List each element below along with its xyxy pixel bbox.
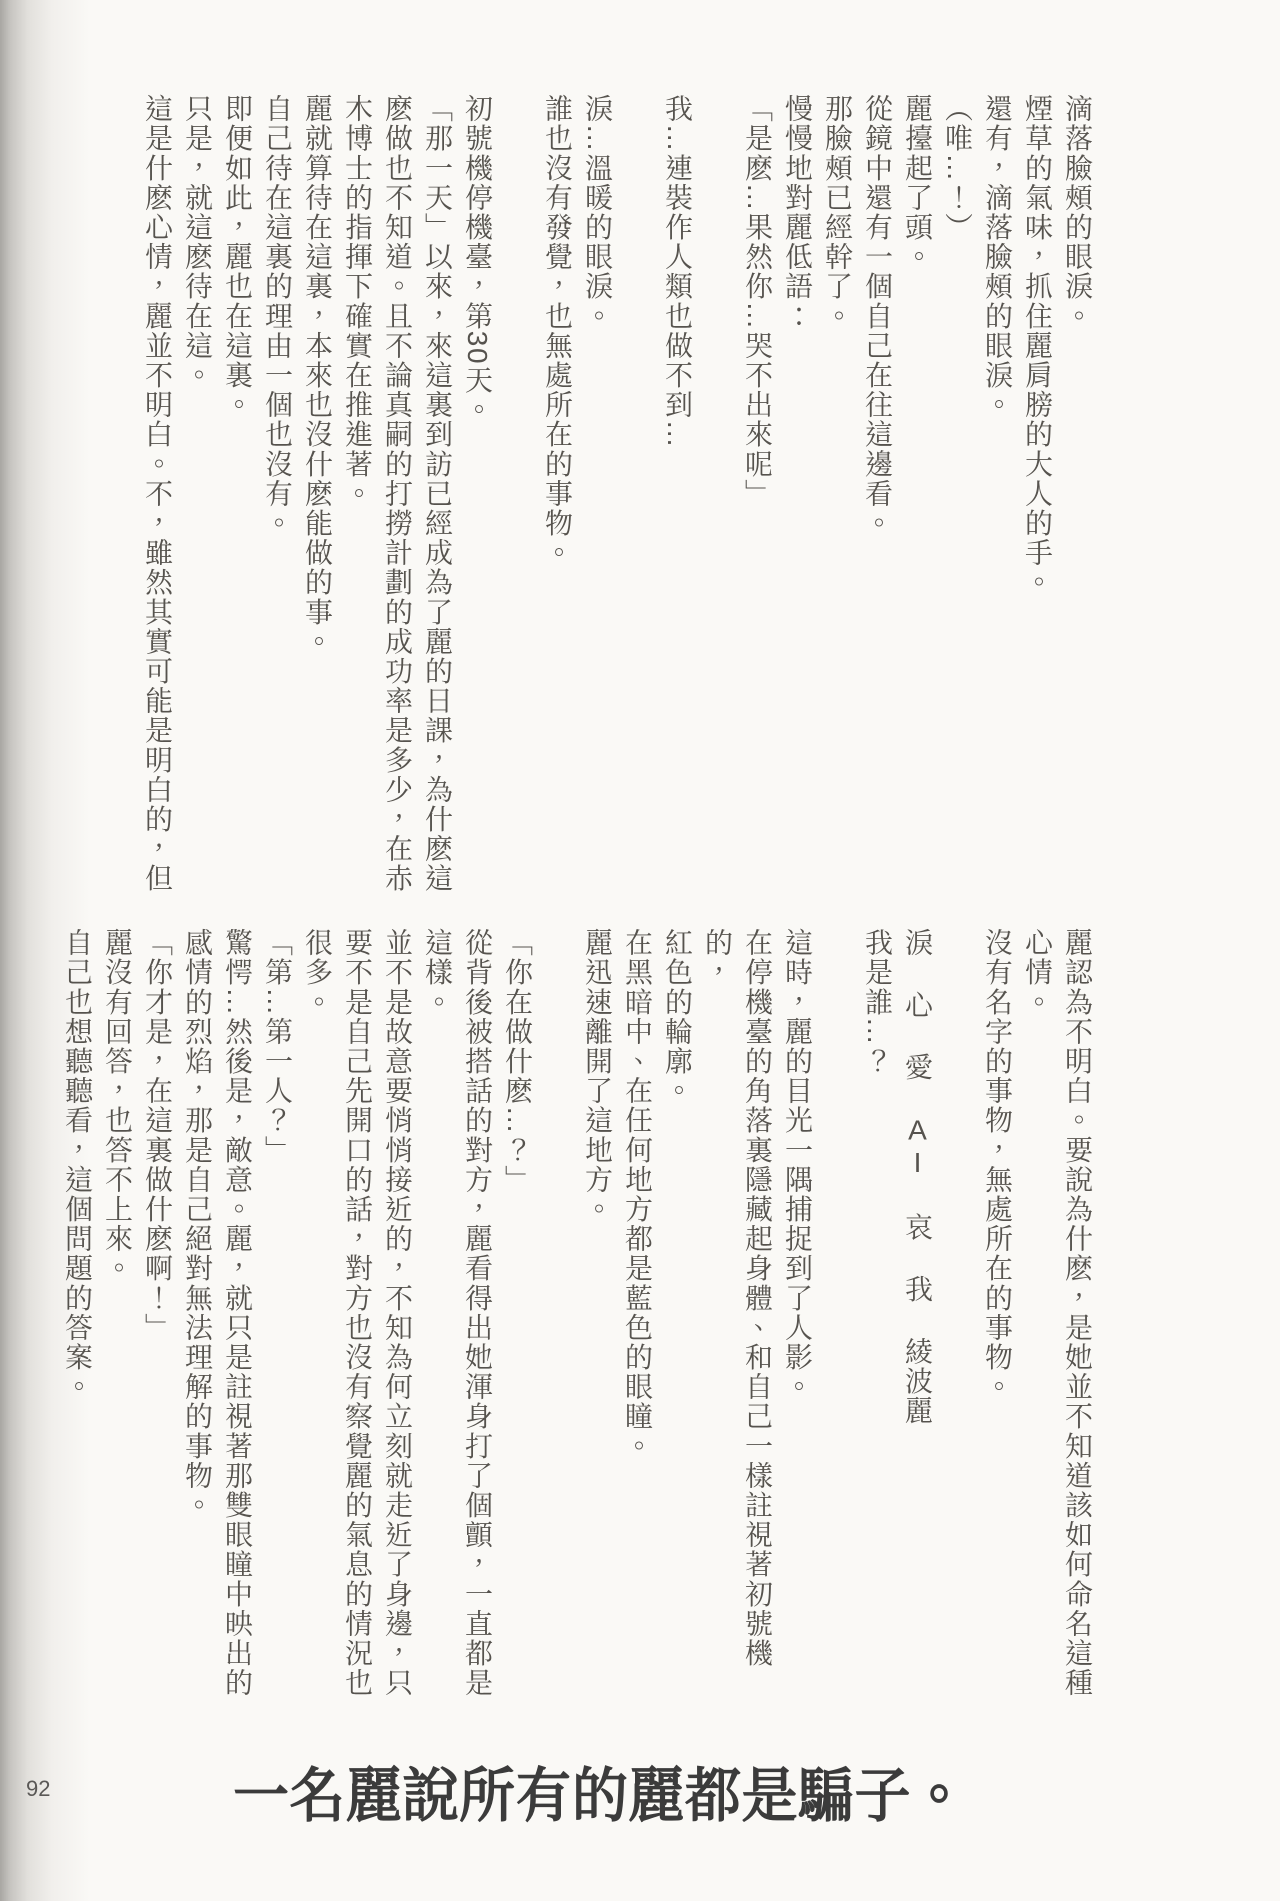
blank-column bbox=[537, 928, 577, 1710]
text-paragraph: 在停機臺的角落裏隱藏起身體、和自己一樣註視著初號機的， 紅色的輪廓。 bbox=[657, 928, 777, 1710]
text-paragraph: 即便如此，麗也在這裏。 bbox=[217, 94, 257, 906]
chapter-title: 一名麗說所有的麗都是騙子。 bbox=[233, 1749, 968, 1834]
text-paragraph: 麗迅速離開了這地方。 bbox=[577, 928, 617, 1710]
text-paragraph: 「是麽…果然你…哭不出來呢」 bbox=[737, 94, 777, 906]
text-band-upper: 滴落臉頰的眼淚。煙草的氣味，抓住麗肩膀的大人的手。還有，滴落臉頰的眼淚。（唯…！… bbox=[137, 94, 1097, 906]
text-paragraph: 麗就算待在這裏，本來也沒什麽能做的事。 bbox=[297, 94, 337, 906]
blank-column bbox=[697, 94, 737, 906]
text-paragraph: 並不是故意要悄悄接近的，不知為何立刻就走近了身邊，只 要不是自己先開口的話，對方… bbox=[297, 928, 417, 1710]
text-paragraph: 這是什麽心情，麗並不明白。不，雖然其實可能是明白的，但 bbox=[137, 94, 177, 906]
text-paragraph: 「第…第一人？」 bbox=[257, 928, 297, 1710]
text-paragraph: 我…連裝作人類也做不到… bbox=[657, 94, 697, 906]
text-paragraph: 「你才是，在這裏做什麽啊！」 bbox=[137, 928, 177, 1710]
text-paragraph: 誰也沒有發覺，也無處所在的事物。 bbox=[537, 94, 577, 906]
text-paragraph: 驚愕…然後是，敵意。麗，就只是註視著那雙眼瞳中映出的 感情的烈焰，那是自己絕對無… bbox=[177, 928, 257, 1710]
text-paragraph: 「你在做什麽…？」 bbox=[497, 928, 537, 1710]
page-number: 92 bbox=[26, 1776, 50, 1802]
text-paragraph: 淚…溫暖的眼淚。 bbox=[577, 94, 617, 906]
text-paragraph: 滴落臉頰的眼淚。 bbox=[1057, 94, 1097, 906]
text-paragraph: 初號機停機臺，第30天。 bbox=[457, 94, 497, 906]
blank-column bbox=[817, 928, 857, 1710]
book-page: 滴落臉頰的眼淚。煙草的氣味，抓住麗肩膀的大人的手。還有，滴落臉頰的眼淚。（唯…！… bbox=[0, 0, 1280, 1901]
text-paragraph: 「那一天」以來，來這裏到訪已經成為了麗的日課，為什麽這 麽做也不知道。且不論真嗣… bbox=[337, 94, 457, 906]
text-paragraph: 自己待在這裏的理由一個也沒有。 bbox=[257, 94, 297, 906]
text-paragraph: 慢慢地對麗低語： bbox=[777, 94, 817, 906]
text-band-lower: 麗認為不明白。要說為什麽，是她並不知道該如何命名這種 心情。沒有名字的事物，無處… bbox=[57, 928, 1097, 1710]
text-paragraph: 從背後被搭話的對方，麗看得出她渾身打了個顫，一直都是 這樣。 bbox=[417, 928, 497, 1710]
text-paragraph: 還有，滴落臉頰的眼淚。 bbox=[977, 94, 1017, 906]
text-paragraph: 麗沒有回答，也答不上來。 bbox=[97, 928, 137, 1710]
text-paragraph: 麗擡起了頭。 bbox=[897, 94, 937, 906]
text-paragraph: 只是，就這麽待在這。 bbox=[177, 94, 217, 906]
blank-column bbox=[617, 94, 657, 906]
text-paragraph: 我是誰…？ bbox=[857, 928, 897, 1710]
text-paragraph: 麗認為不明白。要說為什麽，是她並不知道該如何命名這種 心情。 bbox=[1017, 928, 1097, 1710]
text-paragraph: （唯…！） bbox=[937, 94, 977, 906]
blank-column bbox=[497, 94, 537, 906]
text-paragraph: 自己也想聽聽看，這個問題的答案。 bbox=[57, 928, 97, 1710]
text-paragraph: 沒有名字的事物，無處所在的事物。 bbox=[977, 928, 1017, 1710]
text-paragraph: 在黑暗中、在任何地方都是藍色的眼瞳。 bbox=[617, 928, 657, 1710]
text-paragraph: 那臉頰已經幹了。 bbox=[817, 94, 857, 906]
blank-column bbox=[937, 928, 977, 1710]
text-paragraph: 這時，麗的目光一隅捕捉到了人影。 bbox=[777, 928, 817, 1710]
text-paragraph: 煙草的氣味，抓住麗肩膀的大人的手。 bbox=[1017, 94, 1057, 906]
text-paragraph: 從鏡中還有一個自己在往這邊看。 bbox=[857, 94, 897, 906]
text-paragraph: 淚 心 愛 AI 哀 我 綾波麗 bbox=[897, 928, 937, 1710]
